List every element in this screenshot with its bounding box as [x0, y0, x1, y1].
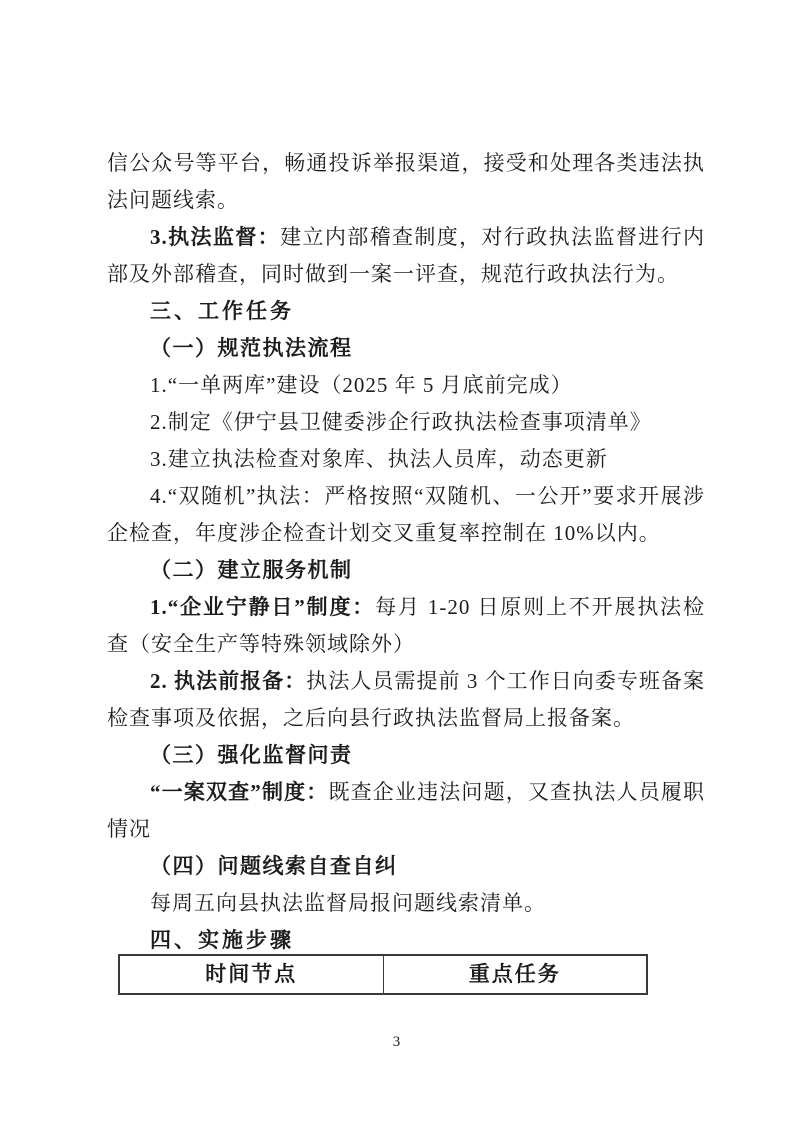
list-item-pre-report: 2. 执法前报备：执法人员需提前 3 个工作日向委专班备案检查事项及依据，之后向… [107, 663, 705, 737]
paragraph-lead-bold: 3.执法监督： [150, 225, 280, 249]
table-header-key-tasks: 重点任务 [383, 955, 647, 994]
document-body: 信公众号等平台，畅通投诉举报渠道，接受和处理各类违法执法问题线索。 3.执法监督… [107, 145, 705, 995]
list-item: 2.制定《伊宁县卫健委涉企行政执法检查事项清单》 [107, 404, 705, 441]
document-page: 信公众号等平台，畅通投诉举报渠道，接受和处理各类违法执法问题线索。 3.执法监督… [0, 0, 793, 1122]
paragraph-lead-bold: 2. 执法前报备： [150, 669, 306, 693]
subsection-heading-3: （三）强化监督问责 [107, 737, 705, 774]
subsection-heading-4: （四）问题线索自查自纠 [107, 848, 705, 885]
list-item: 4.“双随机”执法：严格按照“双随机、一公开”要求开展涉企检查，年度涉企检查计划… [107, 478, 705, 552]
list-item-quiet-day: 1.“企业宁静日”制度：每月 1-20 日原则上不开展执法检查（安全生产等特殊领… [107, 589, 705, 663]
paragraph-lead-bold: 1.“企业宁静日”制度： [150, 595, 375, 619]
list-item-double-check: “一案双查”制度：既查企业违法问题，又查执法人员履职情况 [107, 774, 705, 848]
paragraph-weekly-report: 每周五向县执法监督局报问题线索清单。 [107, 885, 705, 922]
page-number: 3 [0, 1034, 793, 1051]
table-header-time-node: 时间节点 [119, 955, 383, 994]
schedule-table: 时间节点 重点任务 [118, 954, 648, 995]
table-header-row: 时间节点 重点任务 [119, 955, 647, 994]
subsection-heading-1: （一）规范执法流程 [107, 330, 705, 367]
list-item: 3.建立执法检查对象库、执法人员库，动态更新 [107, 441, 705, 478]
paragraph-lead-bold: “一案双查”制度： [150, 780, 328, 804]
section-heading-work-tasks: 三、工作任务 [107, 293, 705, 330]
paragraph-continuation: 信公众号等平台，畅通投诉举报渠道，接受和处理各类违法执法问题线索。 [107, 145, 705, 219]
list-item: 1.“一单两库”建设（2025 年 5 月底前完成） [107, 367, 705, 404]
paragraph-enforcement-supervision: 3.执法监督：建立内部稽查制度，对行政执法监督进行内部及外部稽查，同时做到一案一… [107, 219, 705, 293]
subsection-heading-2: （二）建立服务机制 [107, 552, 705, 589]
